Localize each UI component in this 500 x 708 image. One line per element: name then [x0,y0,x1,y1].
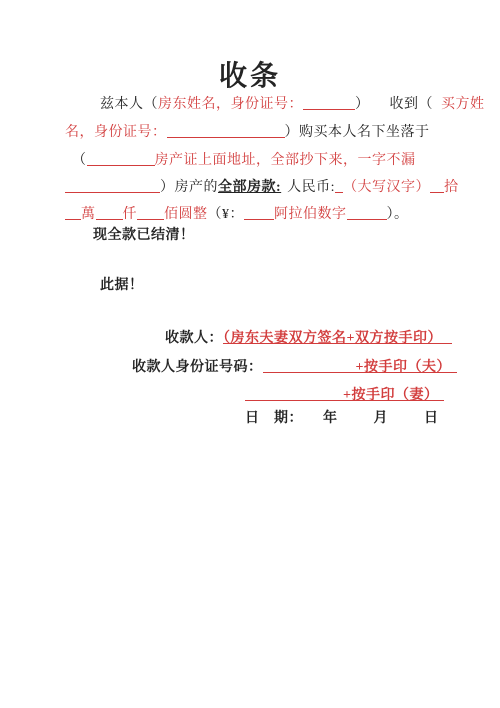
amount-wan-blank [65,204,81,220]
arabic-digits-hint: 阿拉伯数字 [274,207,347,222]
close-paren-period: ）。 [387,207,409,222]
received-from-text: 收到（ [390,97,434,112]
payee-id-blank [263,357,356,373]
fingerprint-husband-tail [451,357,457,373]
payee-id-line: 收款人身份证号码：+按手印（夫） [132,357,457,377]
capital-chinese-hint: （大写汉字） [343,180,430,195]
payee-signature-hint: （房东夫妻双方签名+双方按手印） [223,331,442,346]
payee-id-label: 收款人身份证号码： [132,360,263,375]
buyer-name-hint-start: 买方姓 [441,97,485,112]
buyer-name-hint-end: 名，身份证号： [65,125,167,140]
address-hint: 房产证上面地址，全部抄下来，一字不漏 [155,153,416,168]
intro-line-2: 名，身份证号：）购买本人名下坐落于 [65,122,430,142]
address-line-2: ）房产的全部房款:人民币:（大写汉字）拾 [65,177,459,197]
unit-ten: 拾 [444,180,459,195]
date-line: 日 期：年月日 [245,410,439,428]
intro-text: 兹本人（ [100,97,158,112]
rmb-label: 人民币: [287,180,335,195]
payee-line: 收款人：（房东夫妻双方签名+双方按手印） [165,328,452,348]
date-day: 日 [424,411,439,426]
amount-words-blank-lead [335,177,343,193]
unit-qian: 仟 [123,207,138,222]
landlord-id-blank [303,94,355,110]
date-month: 月 [374,411,389,426]
yen-open: （¥： [208,207,245,222]
paid-in-full-line: 现全款已结清！ [93,227,195,245]
address-blank [87,150,155,166]
amount-line: 萬仟佰圆整（¥：阿拉伯数字）。 [65,204,409,224]
unit-bai-yuan: 佰圆整 [164,207,208,222]
payee-blank-tail [442,328,452,344]
open-paren: （ [72,153,87,168]
fingerprint-wife: +按手印（妻） [343,388,438,403]
address-line-1: （房产证上面地址，全部抄下来，一字不漏 [72,150,416,170]
close-paren: ） [355,97,370,112]
buyer-id-blank [167,122,285,138]
wife-id-blank [245,385,343,401]
amount-tens-blank [430,177,444,193]
payee-label: 收款人： [165,331,223,346]
wife-fingerprint-line: +按手印（妻） [245,385,444,405]
receipt-document-page: 收条 兹本人（房东姓名，身份证号：）收到（买方姓 名，身份证号：）购买本人名下坐… [0,0,500,708]
amount-digits-blank [244,204,274,220]
full-payment-emphasis: 全部房款: [218,180,281,195]
address-continuation-blank [65,177,160,193]
unit-wan: 萬 [81,207,96,222]
amount-bai-blank [137,204,164,220]
date-year: 年 [323,411,338,426]
amount-digits-blank-2 [347,204,387,220]
purchase-text: ）购买本人名下坐落于 [285,125,430,140]
date-label: 日 期： [245,411,303,426]
amount-qian-blank [96,204,123,220]
receipt-title: 收条 [0,54,500,94]
property-of-text: ）房产的 [160,180,218,195]
landlord-name-id-hint: 房东姓名，身份证号： [158,97,303,112]
fingerprint-husband: +按手印（夫） [356,360,451,375]
intro-line-1: 兹本人（房东姓名，身份证号：）收到（买方姓 [100,94,485,114]
hereby-line: 此据！ [100,277,144,295]
fingerprint-wife-tail [438,385,444,401]
